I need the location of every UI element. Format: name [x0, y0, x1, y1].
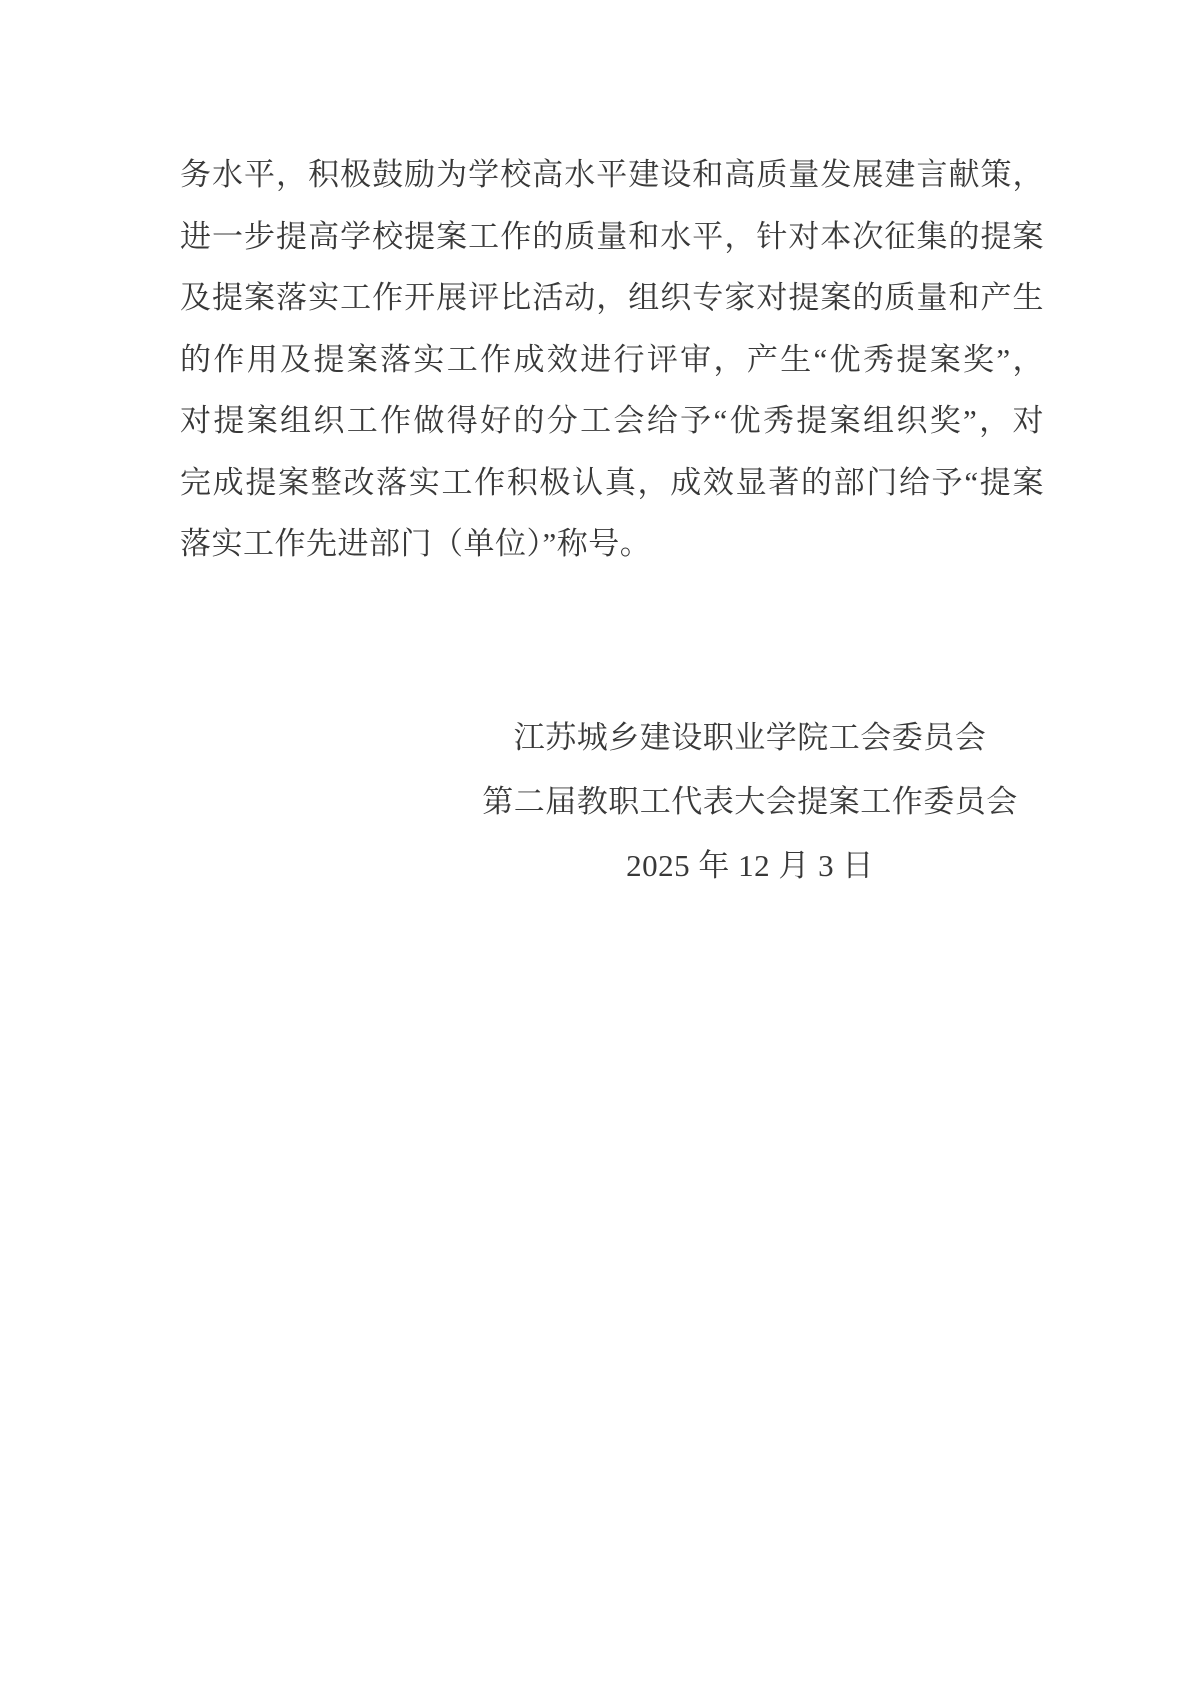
signature-block: 江苏城乡建设职业学院工会委员会 第二届教职工代表大会提案工作委员会 2025 年… [420, 706, 1080, 898]
body-line-1: 务水平，积极鼓励为学校高水平建设和高质量发展建言献策， [180, 144, 1044, 206]
body-paragraph: 务水平，积极鼓励为学校高水平建设和高质量发展建言献策， 进一步提高学校提案工作的… [180, 144, 1044, 575]
body-line-4: 的作用及提案落实工作成效进行评审，产生“优秀提案奖”， [180, 329, 1044, 391]
document-page: 务水平，积极鼓励为学校高水平建设和高质量发展建言献策， 进一步提高学校提案工作的… [0, 0, 1191, 1684]
body-line-2: 进一步提高学校提案工作的质量和水平，针对本次征集的提案 [180, 206, 1044, 268]
body-line-6: 完成提案整改落实工作积极认真，成效显著的部门给予“提案 [180, 452, 1044, 514]
body-line-7: 落实工作先进部门（单位）”称号。 [180, 513, 1044, 575]
signature-org-committee: 第二届教职工代表大会提案工作委员会 [420, 770, 1080, 834]
body-line-3: 及提案落实工作开展评比活动，组织专家对提案的质量和产生 [180, 267, 1044, 329]
body-line-5: 对提案组织工作做得好的分工会给予“优秀提案组织奖”，对 [180, 390, 1044, 452]
signature-date: 2025 年 12 月 3 日 [420, 834, 1080, 898]
signature-org-union: 江苏城乡建设职业学院工会委员会 [420, 706, 1080, 770]
